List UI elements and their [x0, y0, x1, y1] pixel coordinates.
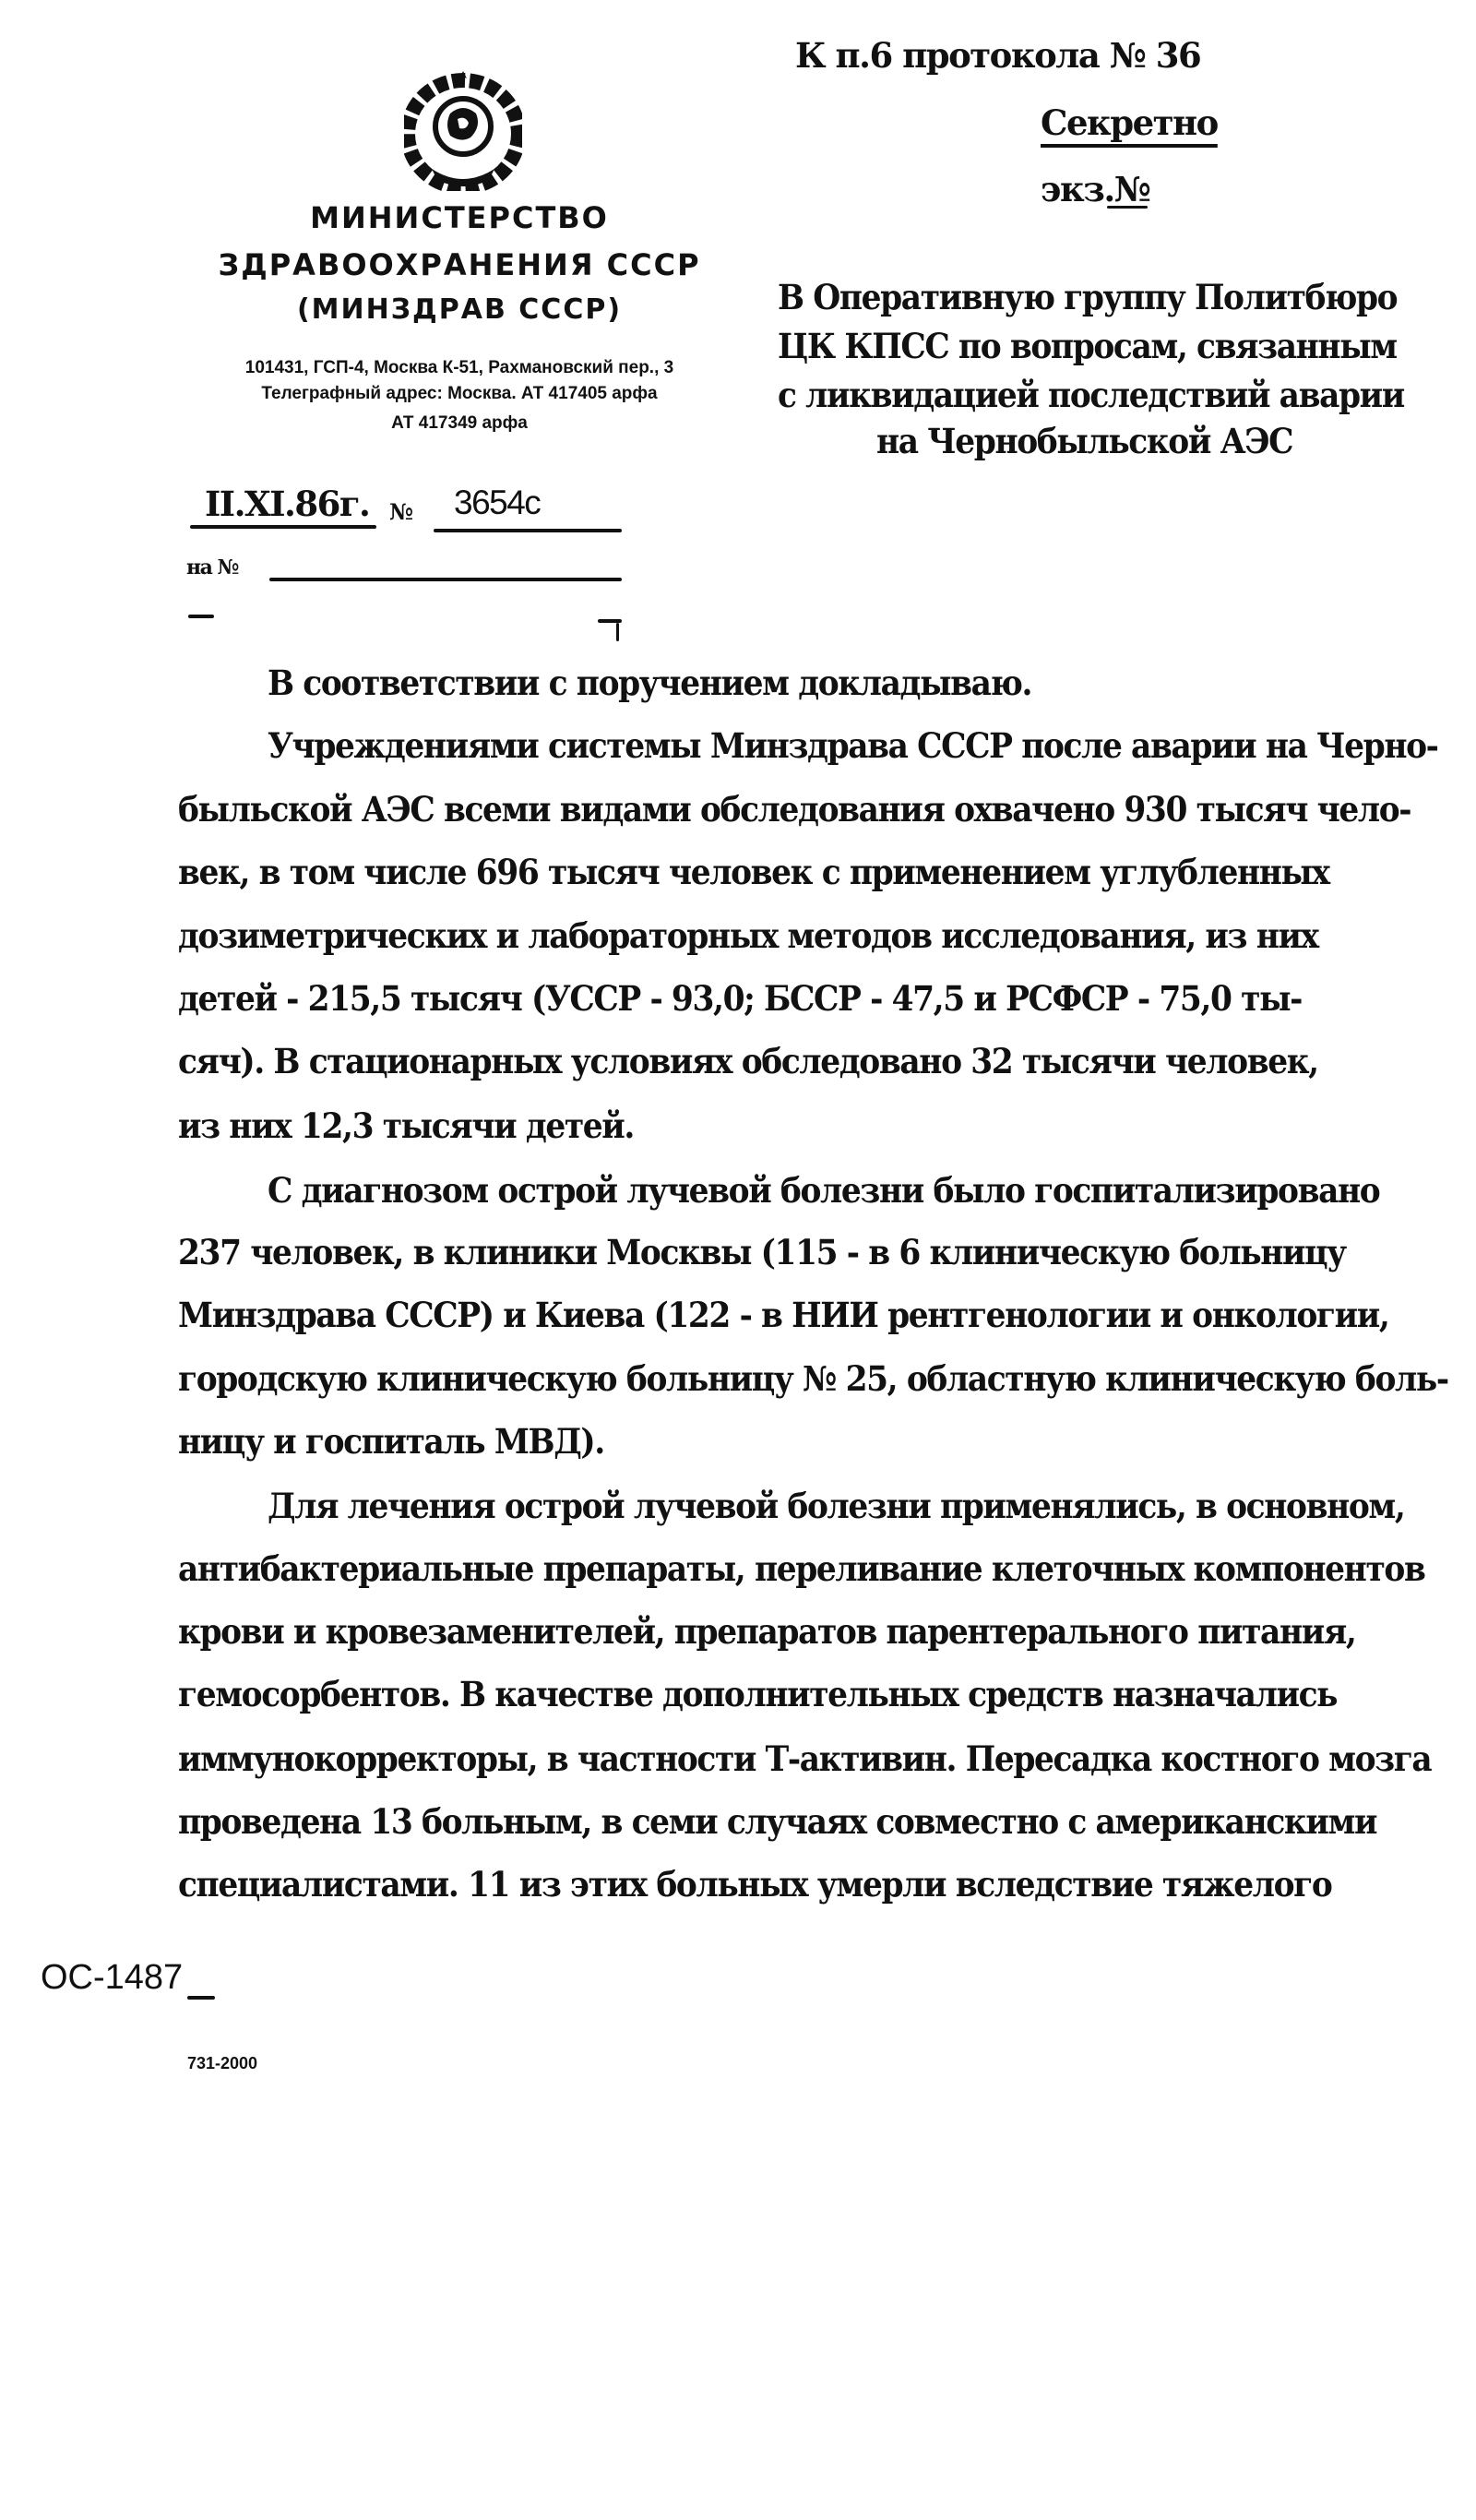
- print-mark: 731-2000: [187, 2054, 257, 2073]
- body-line: дозиметрических и лабораторных методов и…: [178, 915, 1318, 956]
- ussr-coat-of-arms-icon: [404, 67, 522, 191]
- body-line: из них 12,3 тысячи детей.: [178, 1105, 634, 1146]
- body-line: городскую клиническую больницу № 25, обл…: [178, 1358, 1448, 1399]
- reference-label: на №: [186, 555, 238, 579]
- body-line: сяч). В стационарных условиях обследован…: [178, 1041, 1318, 1081]
- copy-number-label: экз.№: [1041, 169, 1149, 209]
- body-line: иммунокорректоры, в частности Т-активин.…: [178, 1738, 1431, 1779]
- body-line: крови и кровезаменителей, препаратов пар…: [178, 1611, 1355, 1652]
- ministry-name-line2: ЗДРАВООХРАНЕНИЯ СССР: [137, 247, 782, 282]
- address-line3: АТ 417349 арфа: [137, 413, 782, 434]
- document-date: II.XI.86г.: [205, 484, 369, 524]
- body-line: С диагнозом острой лучевой болезни было …: [268, 1170, 1379, 1211]
- body-line: гемосорбентов. В качестве дополнительных…: [178, 1674, 1337, 1714]
- protocol-reference: К п.6 протокола № 36: [795, 35, 1200, 76]
- addressee-line: В Оперативную группу Политбюро: [778, 277, 1397, 317]
- body-line: В соответствии с поручением докладываю.: [268, 663, 1031, 703]
- number-underline: [434, 529, 622, 532]
- body-line: 237 человек, в клиники Москвы (115 - в 6…: [178, 1232, 1346, 1272]
- body-line: антибактериальные препараты, переливание…: [178, 1548, 1424, 1589]
- body-line: специалистами. 11 из этих больных умерли…: [178, 1864, 1331, 1905]
- body-line: Минздрава СССР) и Киева (122 - в НИИ рен…: [178, 1295, 1388, 1335]
- body-line: век, в том числе 696 тысяч человек с при…: [178, 852, 1329, 892]
- ministry-short-name: (МИНЗДРАВ СССР): [137, 293, 782, 326]
- body-line: ницу и госпиталь МВД).: [178, 1421, 604, 1462]
- copy-number-blank: [1107, 206, 1148, 209]
- classification-label: Секретно: [1041, 102, 1218, 143]
- addressee-line: на Чернобыльской АЭС: [876, 421, 1292, 461]
- addressee-line: ЦК КПСС по вопросам, связанным: [778, 326, 1397, 366]
- document-number: 3654с: [454, 484, 540, 522]
- document-code: ОС-1487: [41, 1958, 183, 1998]
- address-line1: 101431, ГСП-4, Москва К-51, Рахмановский…: [137, 358, 782, 378]
- ministry-name-line1: МИНИСТЕРСТВО: [137, 200, 782, 235]
- corner-marker-right-tick: [616, 623, 619, 641]
- address-line2: Телеграфный адрес: Москва. АТ 417405 арф…: [137, 384, 782, 404]
- corner-marker-left: [188, 615, 214, 618]
- body-line: Учреждениями системы Минздрава СССР посл…: [268, 725, 1438, 766]
- body-line: детей - 215,5 тысяч (УССР - 93,0; БССР -…: [178, 978, 1302, 1019]
- document-code-mark: [187, 1996, 215, 2000]
- reference-underline: [269, 578, 622, 581]
- addressee-line: с ликвидацией последствий аварии: [778, 375, 1404, 415]
- number-sign: №: [389, 498, 412, 525]
- body-line: Для лечения острой лучевой болезни приме…: [268, 1486, 1405, 1526]
- body-line: быльской АЭС всеми видами обследования о…: [178, 789, 1411, 830]
- body-line: проведена 13 больным, в семи случаях сов…: [178, 1801, 1376, 1842]
- date-underline: [190, 525, 376, 529]
